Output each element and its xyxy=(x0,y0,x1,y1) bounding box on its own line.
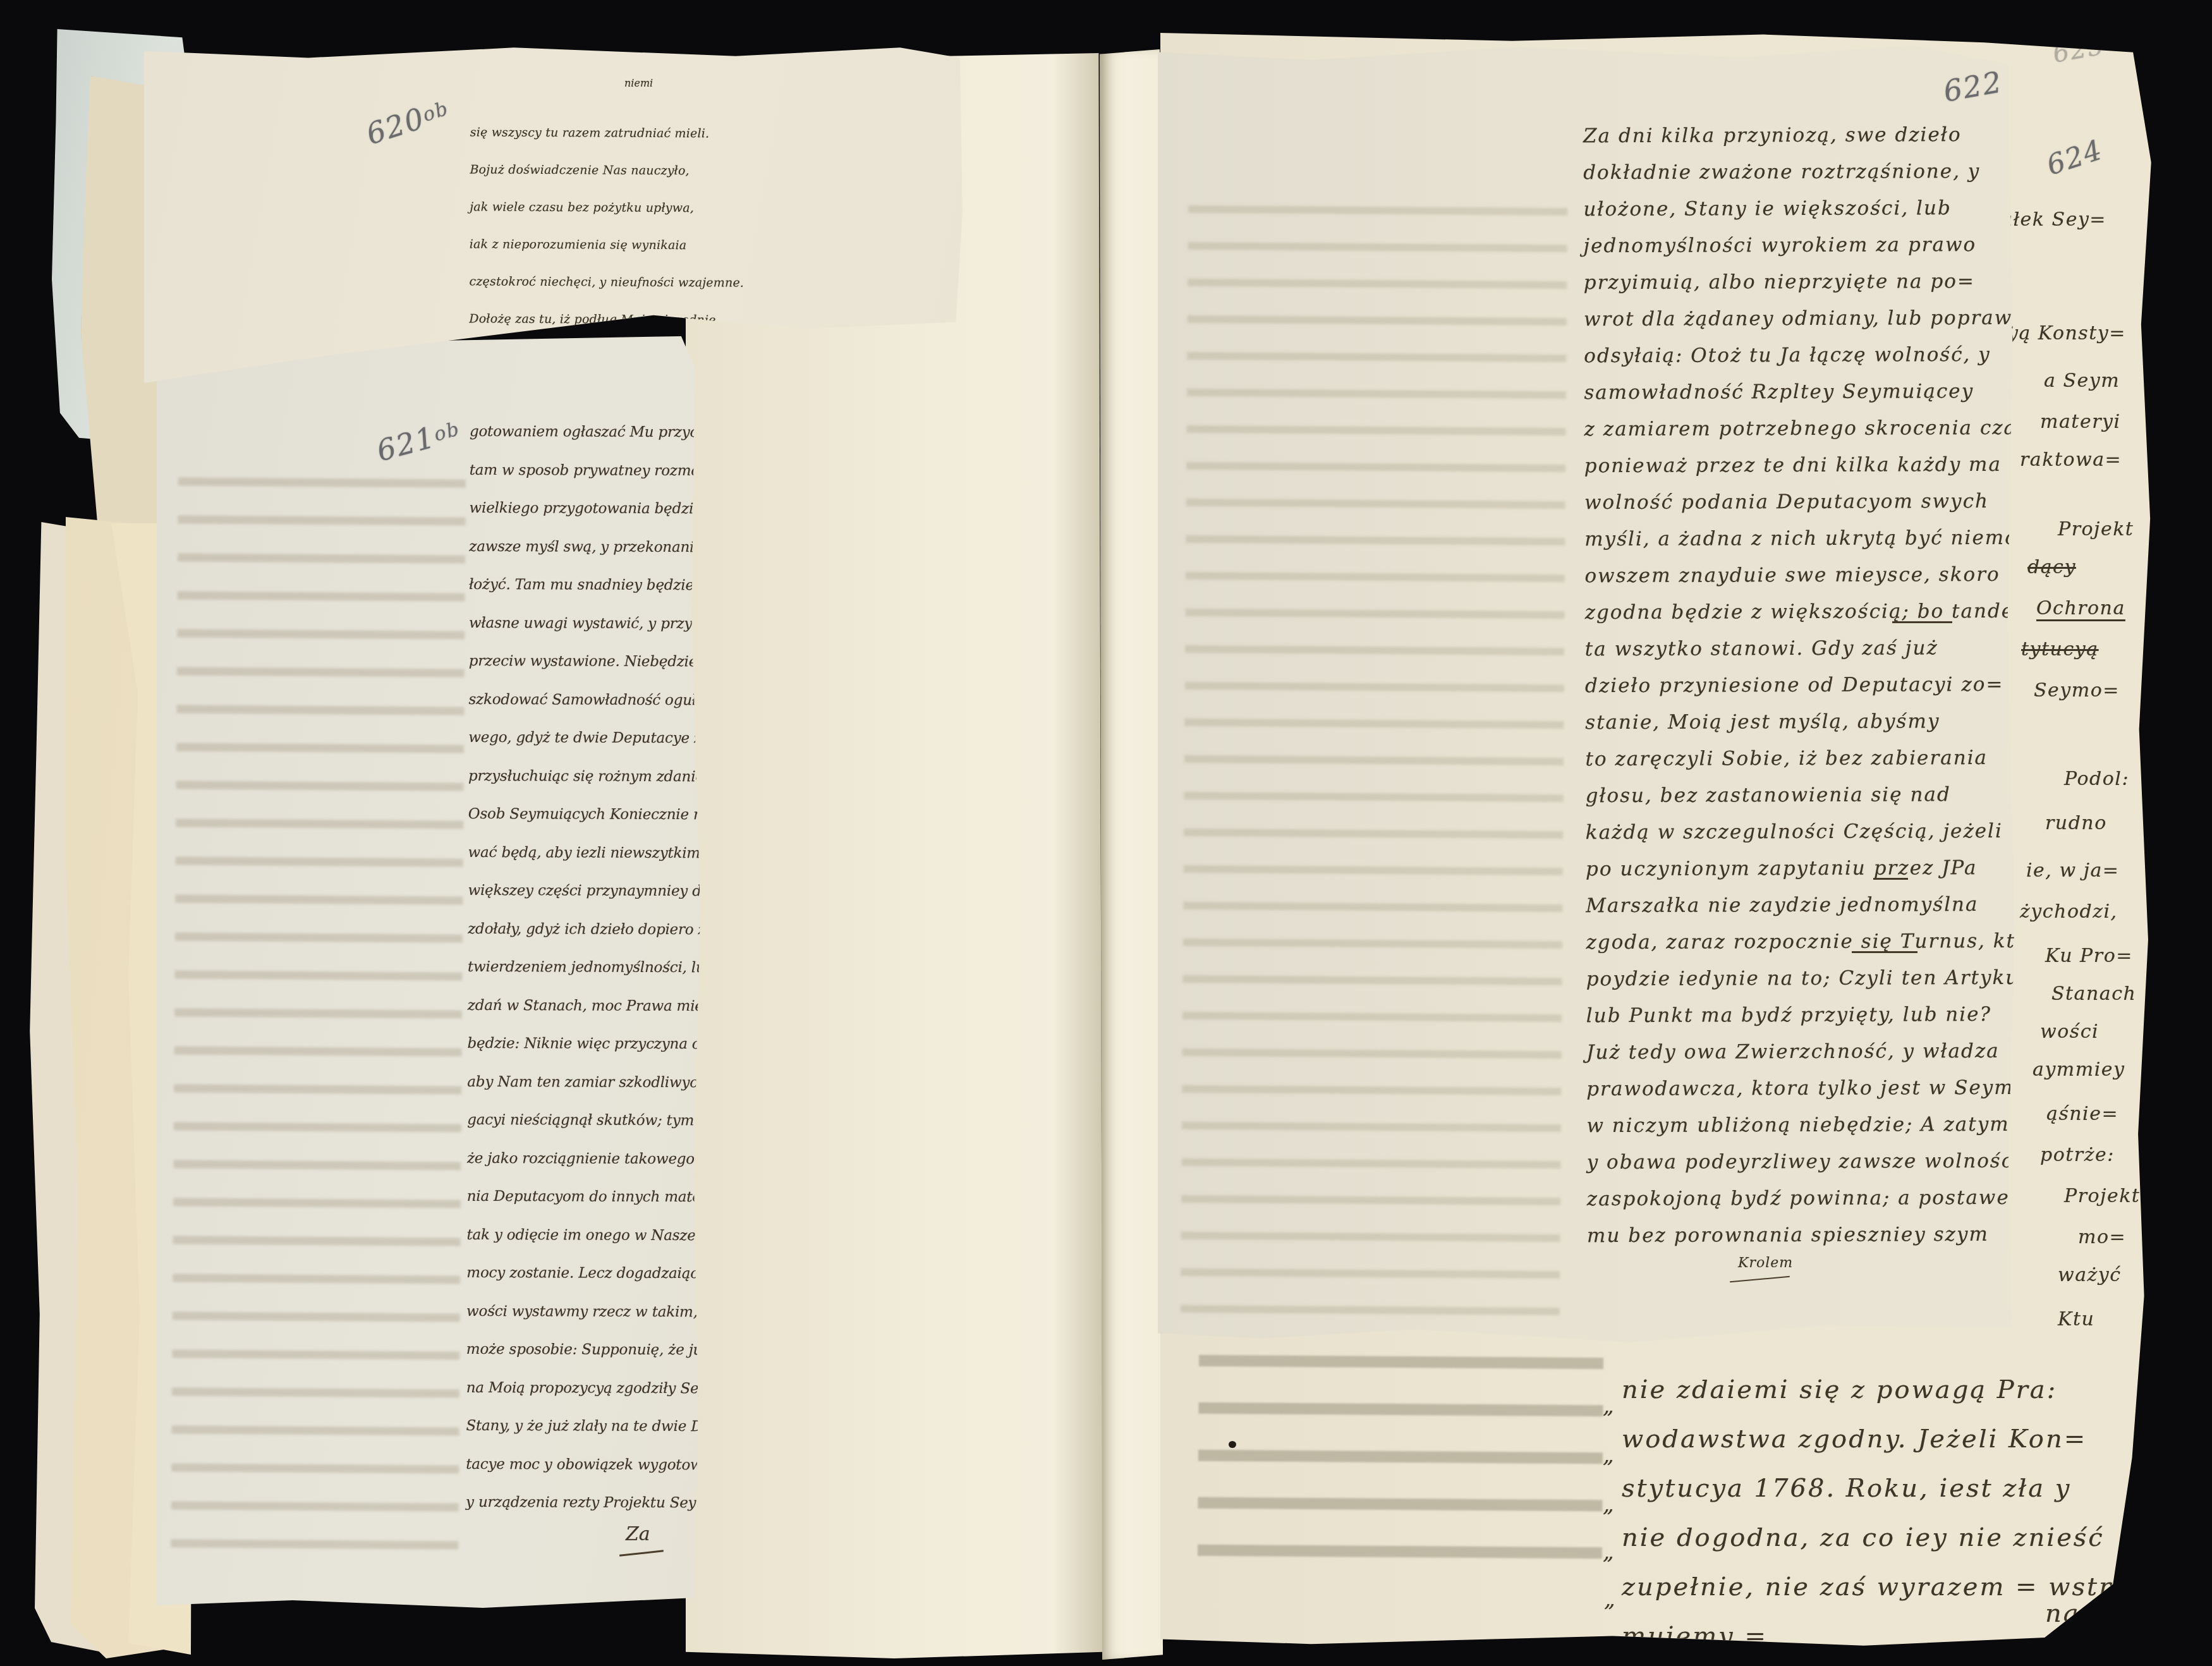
text-fragment: „ xyxy=(1604,1587,1616,1612)
text-line: muiemy = xyxy=(1622,1612,2153,1661)
text-line: jak wiele czasu bez pożytku upływa, xyxy=(470,188,849,228)
text-line: wodawstwa zgodny. Jeżeli Kon= xyxy=(1622,1414,2153,1464)
text-line: przyimuią, albo nieprzyięte na po= xyxy=(1584,263,2026,301)
manuscript-sheet-622: 622 Za dni kilka przyniozą, swe dziełodo… xyxy=(1158,43,2016,1346)
text-line: stytucya 1768. Roku, iest zła y xyxy=(1622,1464,2153,1513)
text-fragment: Seymo= xyxy=(2034,679,2120,702)
text-line: zgoda, zaraz rozpocznie się Turnus, ktor… xyxy=(1586,923,2028,961)
text-line: dokładnie zważone roztrząśnione, y xyxy=(1583,153,2026,191)
text-line: lub Punkt ma bydź przyięty, lub nie? xyxy=(1586,996,2029,1034)
text-line: myśli, a żadna z nich ukrytą być niemoże xyxy=(1584,520,2027,557)
text-line: Marszałka nie zaydzie jednomyślna xyxy=(1586,886,2028,924)
folio-number: 621 xyxy=(373,420,439,468)
text-line: zupełnie, nie zaś wyrazem = wstrzy= xyxy=(1622,1562,2153,1612)
quoted-passage: nie zdaiemi się z powagą Pra:wodawstwa z… xyxy=(1622,1365,2153,1661)
bleed-through-ghost-text xyxy=(171,465,466,1579)
text-fragment: yą Konsty= xyxy=(2007,322,2126,344)
underline-stroke-turnus xyxy=(1852,951,1917,953)
text-line: odsyłaią: Otoż tu Ja łączę wolność, y xyxy=(1584,336,2026,374)
folio-pencil-624: 624 xyxy=(2043,133,2106,181)
text-fragment: tytucyą xyxy=(2021,638,2099,660)
text-line: dzieło przyniesione od Deputacyi zo= xyxy=(1585,666,2027,704)
text-line: każdą w szczegulności Częścią, jeżeli xyxy=(1586,813,2028,851)
text-fragment: Stanach xyxy=(2051,983,2136,1005)
text-line: nie zdaiemi się z powagą Pra: xyxy=(1622,1365,2153,1414)
text-line: głosu, bez zastanowienia się nad xyxy=(1586,776,2028,814)
gutter-leaf-right-fore-edge xyxy=(1100,49,1163,1660)
text-line: Już tedy owa Zwierzchność, y władza xyxy=(1586,1033,2029,1071)
folio-pencil-622: 622 xyxy=(1941,64,2005,108)
text-fragment: „ xyxy=(1603,1394,1615,1419)
text-line: mu bez porownania spieszniey szym xyxy=(1587,1216,2029,1254)
text-fragment: dący xyxy=(2027,556,2076,578)
text-fragment: ąśnie= xyxy=(2046,1103,2118,1125)
text-line: ta wszytko stanowi. Gdy zaś już xyxy=(1585,629,2027,667)
marginal-signature: Krolem xyxy=(1738,1255,1793,1271)
text-fragment: ważyć xyxy=(2058,1264,2122,1286)
body-text-620: się wszyscy tu razem zatrudniać mieli.Bo… xyxy=(469,114,849,339)
bleed-through-ghost-text xyxy=(1198,1339,1603,1569)
text-line: Bojuż doświadczenie Nas nauczyło, xyxy=(470,151,849,190)
folio-number: 620 xyxy=(362,100,429,151)
text-fragment: Projekt xyxy=(2064,1185,2140,1207)
text-fragment: żychodzi, xyxy=(2020,901,2118,923)
text-fragment: rudno xyxy=(2045,812,2107,834)
folio-suffix: ob xyxy=(432,418,463,446)
text-line: się wszyscy tu razem zatrudniać mieli. xyxy=(470,114,849,153)
text-fragment: aymmiey xyxy=(2033,1059,2125,1081)
text-fragment: Projekt xyxy=(2058,518,2134,540)
text-line: zaspokojoną bydź powinna; a postawe= xyxy=(1587,1179,2029,1217)
underline-stroke-tandem xyxy=(1892,621,1952,623)
text-line: nie dogodna, za co iey nie znieść xyxy=(1622,1513,2153,1562)
text-line: po uczynionym zapytaniu przez JPa xyxy=(1586,849,2028,887)
text-fragment: „ xyxy=(1603,1540,1615,1565)
text-line: prawodawcza, ktora tylko jest w Seymie, xyxy=(1586,1069,2029,1107)
text-line: jednomyślności wyrokiem za prawo xyxy=(1583,226,2026,264)
text-line: z zamiarem potrzebnego skrocenia czasu, xyxy=(1584,410,2026,447)
catchword: Za xyxy=(626,1523,650,1545)
folio-pencil-faint: 625 xyxy=(2051,31,2107,69)
text-line: iak z nieporozumienia się wynikaia xyxy=(470,226,849,265)
text-fragment: ałek Sey= xyxy=(2001,209,2106,231)
underline-stroke-jpa xyxy=(1873,878,1908,880)
text-fragment: Podol: xyxy=(2064,768,2129,790)
text-fragment: Ktu xyxy=(2058,1308,2094,1330)
text-line: samowładność Rzpltey Seymuiącey xyxy=(1584,373,2026,411)
bleed-through-ghost-text xyxy=(1181,193,1567,1327)
text-fragment: potrże: xyxy=(2040,1144,2115,1166)
text-fragment: „ xyxy=(1603,1443,1615,1468)
folio-pencil-620: 620ob xyxy=(362,92,454,151)
ink-dot xyxy=(1229,1441,1236,1448)
text-fragment: Ku Pro= xyxy=(2045,945,2133,967)
text-line: ułożone, Stany ie większości, lub xyxy=(1583,190,2026,228)
text-line: Za dni kilka przyniozą, swe dzieło xyxy=(1583,116,2026,154)
text-line: to zaręczyli Sobie, iż bez zabierania xyxy=(1585,739,2027,777)
manuscript-scan: 625 624 ałek Sey=yą Konsty=a Seymmateryi… xyxy=(0,0,2212,1666)
catchword-underline xyxy=(619,1550,664,1556)
text-fragment: a Seym xyxy=(2044,370,2120,392)
text-line: y obawa podeyrzliwey zawsze wolności xyxy=(1587,1143,2029,1181)
text-fragment: Ochrona xyxy=(2036,597,2125,619)
body-text-622: Za dni kilka przyniozą, swe dziełodokład… xyxy=(1583,116,2029,1254)
text-line: częstokroć niechęci, y nieufności wzajem… xyxy=(469,263,848,302)
text-line: poydzie iedynie na to; Czyli ten Artykuł… xyxy=(1586,959,2029,997)
folio-pencil-621: 621ob xyxy=(373,413,464,468)
interlinear-insertion: niemi xyxy=(624,77,653,89)
text-line: ponieważ przez te dni kilka każdy ma xyxy=(1584,446,2027,484)
text-line: wolność podania Deputacyom swych xyxy=(1584,483,2027,521)
text-line: w niczym ubliżoną niebędzie; A zatym xyxy=(1586,1106,2029,1144)
text-fragment: mo= xyxy=(2078,1226,2126,1248)
text-fragment: wości xyxy=(2040,1021,2099,1043)
text-line: zgodna będzie z większością; bo tandem xyxy=(1584,593,2027,631)
text-line: stanie, Moią jest myślą, abyśmy xyxy=(1585,703,2027,741)
text-fragment: ie, w ja= xyxy=(2026,860,2119,882)
text-fragment: raktowa= xyxy=(2020,449,2122,471)
text-line: owszem znayduie swe mieysce, skoro xyxy=(1584,556,2027,594)
text-fragment: materyi xyxy=(2040,411,2121,433)
text-line: wrot dla żądaney odmiany, lub poprawy xyxy=(1584,300,2026,337)
manuscript-sheet-621: 621ob gotowaniem ogłaszać Mu przychodzi,… xyxy=(157,336,700,1608)
text-fragment: „ xyxy=(1603,1492,1615,1517)
signature-flourish xyxy=(1730,1276,1790,1282)
